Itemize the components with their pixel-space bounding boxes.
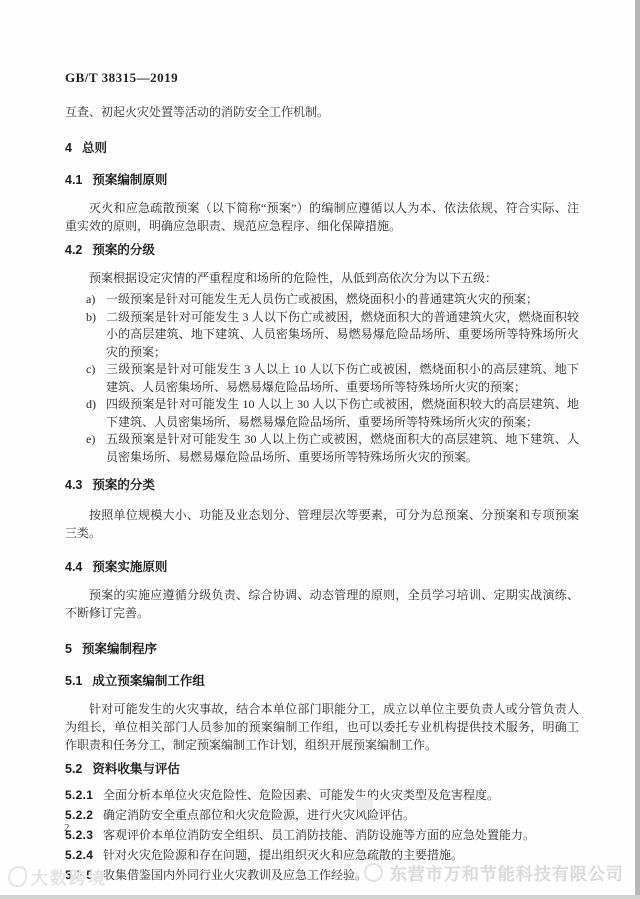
subclause-text: 确定消防安全重点部位和火灾危险源，进行火灾风险评估。	[103, 808, 415, 822]
section-title: 资料收集与评估	[92, 762, 180, 776]
watermark-dashukuajing: 大数跨境	[8, 864, 107, 889]
list-item: a) 一级预案是针对可能发生无人员伤亡或被困，燃烧面积小的普通建筑火灾的预案；	[65, 291, 579, 309]
list-item-text: 四级预案是针对可能发生 10 人以上 30 人以下伤亡或被困，燃烧面积较大的高层…	[106, 397, 579, 429]
section-title: 预案编制原则	[92, 173, 167, 187]
dashukuajing-logo-icon	[8, 866, 27, 887]
list-item-text: 二级预案是针对可能发生 3 人以下伤亡或被困，燃烧面积大的普通建筑火灾，燃烧面积…	[106, 310, 579, 359]
section-number: 4	[65, 141, 72, 155]
page-number: 2	[64, 822, 70, 834]
section-number: 4.2	[65, 243, 82, 257]
list-marker: e)	[86, 431, 95, 449]
list-item-text: 三级预案是针对可能发生 3 人以上 10 人以下伤亡或被困，燃烧面积小的高层建筑…	[106, 362, 579, 394]
section-number: 4.4	[65, 560, 82, 574]
subclause: 5.2.1 全面分析本单位火灾危险性、危险因素、可能发生的火灾类型及危害程度。	[65, 785, 579, 805]
section-title: 预案的分级	[92, 243, 155, 257]
section-5-1-heading: 5.1 成立预案编制工作组	[65, 674, 579, 688]
scanned-document-page: GB/T 38315—2019 互查、初起火灾处置等活动的消防安全工作机制。 4…	[0, 0, 640, 899]
paragraph-5-1: 针对可能发生的火灾事故，结合本单位部门职能分工，成立以单位主要负责人或分管负责人…	[65, 700, 579, 754]
scan-artifact-blob	[356, 797, 373, 810]
section-title: 预案的分类	[92, 478, 155, 492]
watermark-company: 东营市万和节能科技有限公司	[364, 860, 624, 885]
subclause-text: 收集借鉴国内外同行业火灾教训及应急工作经验。	[103, 868, 367, 882]
subclause-number: 5.2.4	[65, 845, 93, 865]
section-4-3-heading: 4.3 预案的分类	[65, 478, 579, 492]
list-marker: d)	[86, 396, 96, 414]
section-4-4-heading: 4.4 预案实施原则	[65, 560, 579, 574]
section-title: 成立预案编制工作组	[92, 674, 205, 688]
list-item: e) 五级预案是针对可能发生 30 人以上伤亡或被困，燃烧面积大的高层建筑、地下…	[65, 431, 579, 466]
list-item-text: 一级预案是针对可能发生无人员伤亡或被困，燃烧面积小的普通建筑火灾的预案；	[106, 292, 538, 306]
list-marker: b)	[86, 309, 96, 327]
paragraph-4-2: 预案根据设定灾情的严重程度和场所的危险性，从低到高依次分为以下五级：	[65, 269, 579, 287]
list-item-text: 五级预案是针对可能发生 30 人以上伤亡或被困，燃烧面积大的高层建筑、地下建筑、…	[106, 432, 579, 464]
section-number: 5	[65, 642, 72, 656]
document-content: GB/T 38315—2019 互查、初起火灾处置等活动的消防安全工作机制。 4…	[65, 70, 579, 885]
list-item: c) 三级预案是针对可能发生 3 人以上 10 人以下伤亡或被困，燃烧面积小的高…	[65, 361, 579, 396]
section-number: 5.2	[65, 762, 82, 776]
section-5-heading: 5 预案编制程序	[65, 642, 579, 656]
list-item: d) 四级预案是针对可能发生 10 人以上 30 人以下伤亡或被困，燃烧面积较大…	[65, 396, 579, 431]
list-marker: c)	[86, 361, 95, 379]
section-5-2-heading: 5.2 资料收集与评估	[65, 762, 579, 776]
section-number: 4.1	[65, 173, 82, 187]
subclause: 5.2.2 确定消防安全重点部位和火灾危险源，进行火灾风险评估。	[65, 805, 579, 825]
subclause-text: 客观评价本单位消防安全组织、员工消防技能、消防设施等方面的应急处置能力。	[103, 828, 535, 842]
section-title: 预案编制程序	[82, 642, 157, 656]
subclause: 5.2.3 客观评价本单位消防安全组织、员工消防技能、消防设施等方面的应急处置能…	[65, 825, 579, 845]
section-number: 5.1	[65, 674, 82, 688]
paragraph-4-1: 灭火和应急疏散预案（以下简称“预案”）的编制应遵循以人为本、依法依规、符合实际、…	[65, 199, 579, 235]
paragraph-4-3: 按照单位规模大小、功能及业态划分、管理层次等要素，可分为总预案、分预案和专项预案…	[65, 506, 579, 542]
section-4-2-heading: 4.2 预案的分级	[65, 243, 579, 257]
section-number: 4.3	[65, 478, 82, 492]
watermark-left-text: 大数跨境	[31, 864, 107, 889]
list-item: b) 二级预案是针对可能发生 3 人以下伤亡或被困，燃烧面积大的普通建筑火灾，燃…	[65, 309, 579, 362]
subclause-number: 5.2.1	[65, 785, 93, 805]
scan-edge-right	[635, 0, 640, 899]
section-title: 总则	[82, 141, 107, 155]
standard-code: GB/T 38315—2019	[65, 70, 579, 86]
section-4-1-heading: 4.1 预案编制原则	[65, 173, 579, 187]
watermark-company-text: 东营市万和节能科技有限公司	[390, 860, 624, 885]
company-logo-icon	[364, 863, 383, 882]
level-list: a) 一级预案是针对可能发生无人员伤亡或被困，燃烧面积小的普通建筑火灾的预案； …	[65, 291, 579, 466]
list-marker: a)	[86, 291, 95, 309]
subclause-text: 全面分析本单位火灾危险性、危险因素、可能发生的火灾类型及危害程度。	[103, 788, 499, 802]
section-title: 预案实施原则	[92, 560, 167, 574]
scan-edge-bottom	[0, 895, 640, 899]
paragraph-4-4: 预案的实施应遵循分级负责、综合协调、动态管理的原则，全员学习培训、定期实战演练、…	[65, 586, 579, 622]
section-4-heading: 4 总则	[65, 141, 579, 155]
intro-paragraph: 互查、初起火灾处置等活动的消防安全工作机制。	[65, 103, 579, 121]
